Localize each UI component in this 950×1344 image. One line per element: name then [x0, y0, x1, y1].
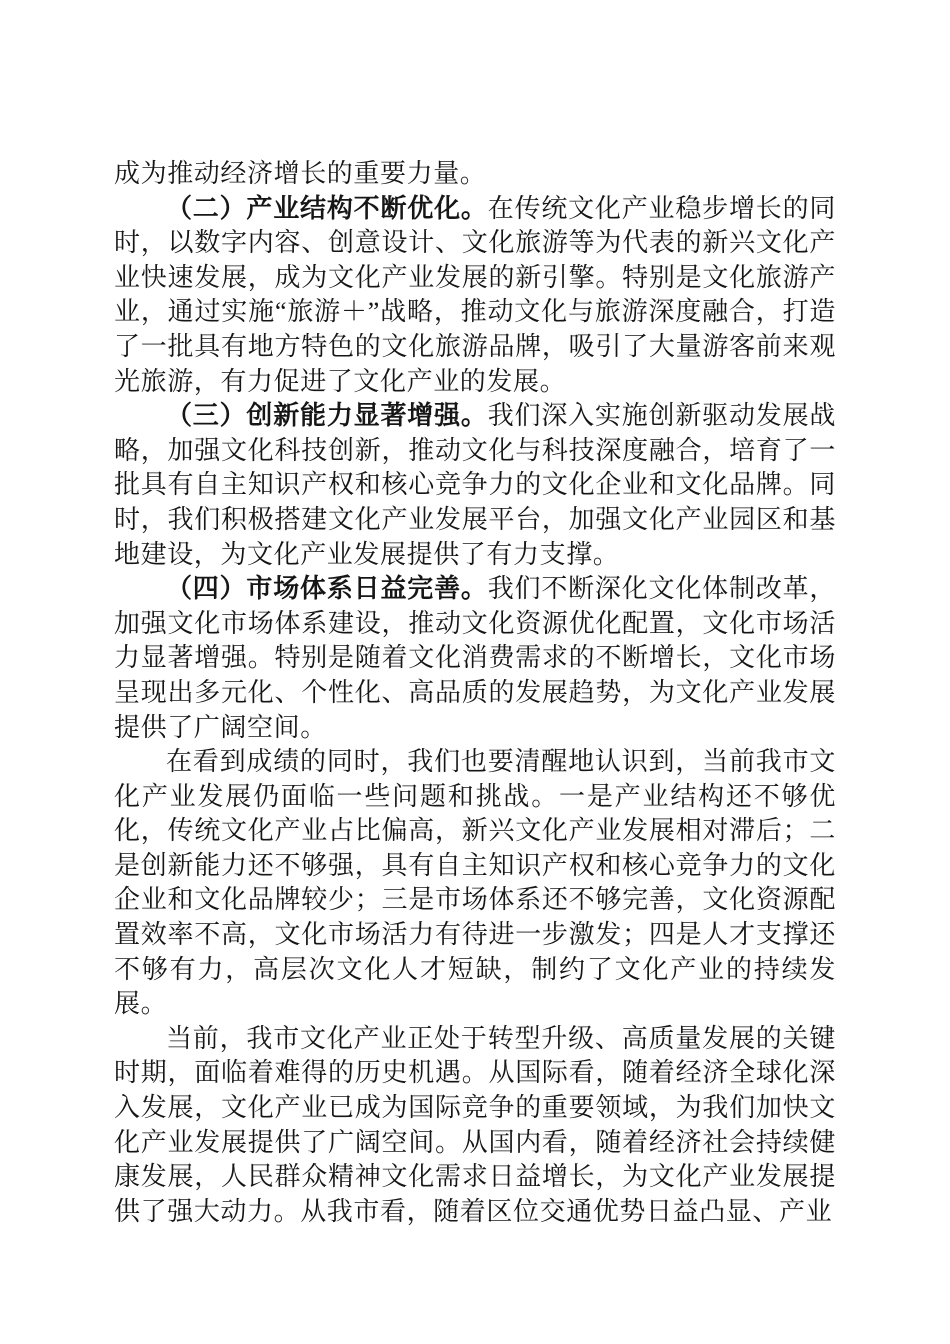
- paragraph-text: 在传统文化产业稳步增长的同时，以数字内容、创意设计、文化旅游等为代表的新兴文化产…: [114, 194, 836, 396]
- section-heading: （三）创新能力显著增强。: [166, 401, 488, 430]
- document-body: 成为推动经济增长的重要力量。 （二）产业结构不断优化。在传统文化产业稳步增长的同…: [114, 157, 836, 1229]
- paragraph: 当前，我市文化产业正处于转型升级、高质量发展的关键时期，面临着难得的历史机遇。从…: [114, 1022, 836, 1230]
- paragraph: 成为推动经济增长的重要力量。: [114, 157, 836, 192]
- paragraph: （二）产业结构不断优化。在传统文化产业稳步增长的同时，以数字内容、创意设计、文化…: [114, 192, 836, 400]
- section-heading: （二）产业结构不断优化。: [166, 194, 488, 223]
- paragraph: 在看到成绩的同时，我们也要清醒地认识到，当前我市文化产业发展仍面临一些问题和挑战…: [114, 745, 836, 1022]
- section-heading: （四）市场体系日益完善。: [166, 574, 488, 603]
- paragraph: （三）创新能力显著增强。我们深入实施创新驱动发展战略，加强文化科技创新，推动文化…: [114, 399, 836, 572]
- paragraph: （四）市场体系日益完善。我们不断深化文化体制改革，加强文化市场体系建设，推动文化…: [114, 572, 836, 745]
- document-page: 成为推动经济增长的重要力量。 （二）产业结构不断优化。在传统文化产业稳步增长的同…: [0, 0, 950, 1344]
- paragraph-text: 当前，我市文化产业正处于转型升级、高质量发展的关键时期，面临着难得的历史机遇。从…: [114, 1024, 836, 1226]
- paragraph-text: 成为推动经济增长的重要力量。: [114, 159, 486, 188]
- paragraph-text: 在看到成绩的同时，我们也要清醒地认识到，当前我市文化产业发展仍面临一些问题和挑战…: [114, 747, 836, 1018]
